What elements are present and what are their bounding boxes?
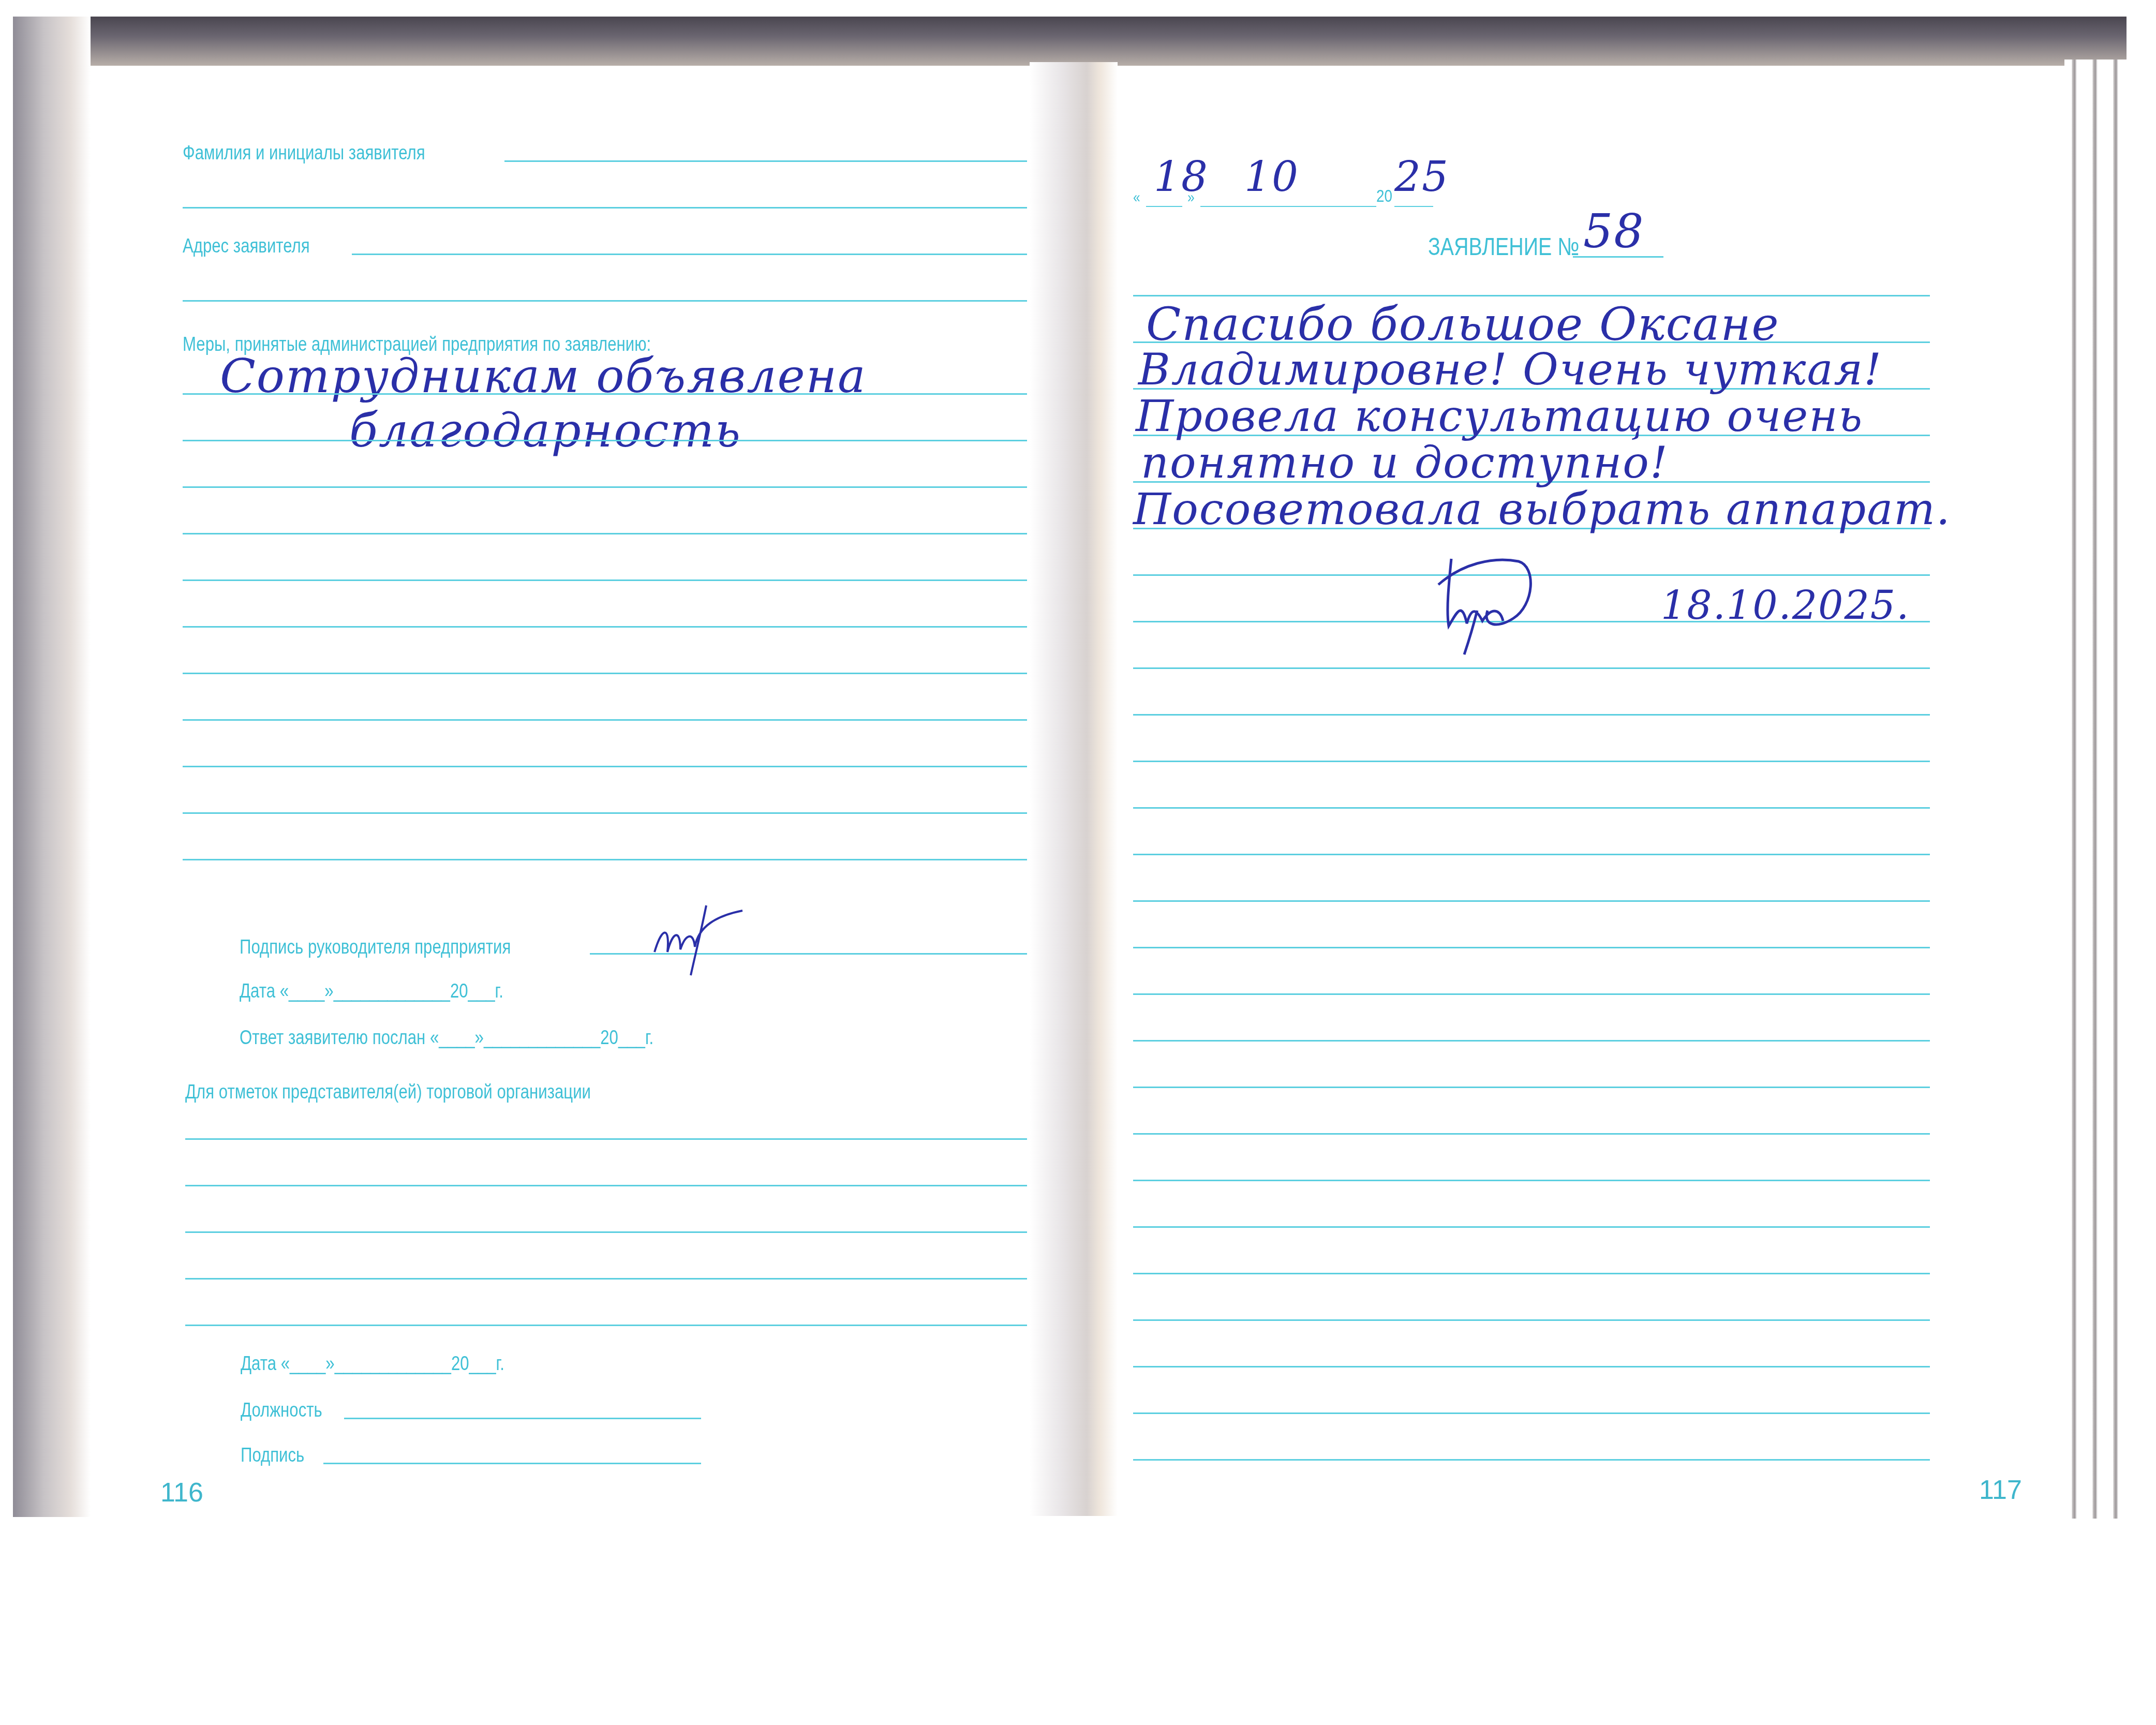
scanner-frame-left [13,17,91,1517]
scanner-frame-top [13,17,2127,66]
applicant-name-line [504,160,1027,162]
ruled-line [1133,1412,1930,1414]
ruled-line [183,719,1027,721]
ruled-line [1133,807,1930,809]
book-spine [1030,62,1118,1516]
page-number-right: 117 [1979,1475,2022,1506]
date-year-prefix: 20 [1376,186,1392,206]
ruled-line [1133,1133,1930,1135]
ruled-line [1133,1226,1930,1228]
applicant-address-label: Адрес заявителя [183,235,310,258]
ruled-line [1133,947,1930,948]
measures-handwritten-line-2: благодарность [349,404,741,458]
ruled-line [1133,854,1930,855]
ruled-line [1133,1040,1930,1042]
ruled-line [1133,1366,1930,1367]
applicant-name-label: Фамилия и инициалы заявителя [183,142,425,165]
ruled-line [183,393,1027,395]
body-line-1: Спасибо большое Оксане [1146,298,1780,351]
ruled-line [1133,993,1930,995]
date-label: Дата «____»_____________20___г. [240,980,503,1003]
applicant-signature-mark [1425,548,1550,657]
statement-number: 58 [1583,204,1645,259]
date-open-quote: « [1133,189,1140,206]
date-year-line [1394,206,1433,207]
manager-signature-mark [649,895,763,978]
page-stack-edges [2064,60,2132,1519]
ruled-line [183,859,1027,860]
date-day-line [1146,206,1182,207]
position-label: Должность [241,1400,322,1422]
ruled-line [185,1185,1027,1186]
date-year-suffix: 25 [1394,153,1449,201]
ruled-line [1133,667,1930,669]
ruled-line [185,1278,1027,1280]
measures-handwritten-line-1: Сотрудникам объявлена [220,349,867,404]
ruled-line [1133,714,1930,716]
applicant-name-line-2 [183,207,1027,209]
date-close-quote: » [1187,189,1195,206]
ruled-line [185,1325,1027,1326]
ruled-line [183,486,1027,488]
signature-line [323,1463,701,1464]
bottom-date-label: Дата «____»_____________20___г. [241,1353,504,1375]
ruled-line [1133,1459,1930,1461]
date-month: 10 [1244,153,1299,201]
ruled-line [1133,1319,1930,1321]
ruled-line [1133,1180,1930,1181]
body-line-4: понятно и доступно! [1141,437,1669,488]
position-line [344,1418,701,1419]
ruled-line [1133,1273,1930,1274]
ruled-line [183,626,1027,628]
ruled-line [1133,900,1930,902]
page-number-left: 116 [160,1477,203,1508]
left-page: Фамилия и инициалы заявителя Адрес заяви… [91,62,1030,1516]
applicant-address-line [352,254,1027,255]
ruled-line [183,812,1027,814]
date-day: 18 [1154,153,1209,201]
ruled-line [183,579,1027,581]
applicant-address-line-2 [183,300,1027,302]
body-line-3: Провела консультацию очень [1136,391,1863,441]
right-page: « 18 » 10 20 25 ЗАЯВЛЕНИЕ № 58 Спасибо б… [1118,62,2064,1516]
signature-label: Подпись [241,1445,304,1467]
reply-sent-label: Ответ заявителю послан «____»___________… [240,1027,653,1049]
statement-title: ЗАЯВЛЕНИЕ № [1428,233,1579,261]
ruled-line [1133,295,1930,296]
date-month-line [1200,206,1376,207]
ruled-line [183,440,1027,441]
ruled-line [1133,1087,1930,1088]
ruled-line [183,673,1027,674]
ruled-line [185,1231,1027,1233]
signed-date: 18.10.2025. [1661,582,1910,628]
ruled-line [185,1138,1027,1140]
manager-signature-label: Подпись руководителя предприятия [240,936,511,959]
ruled-line [1133,761,1930,762]
trade-org-notes-label: Для отметок представителя(ей) торговой о… [185,1081,591,1104]
ruled-line [183,766,1027,767]
ruled-line [183,533,1027,534]
body-line-5: Посоветовала выбрать аппарат. [1133,484,1951,534]
body-line-2: Владимировне! Очень чуткая! [1138,344,1882,395]
